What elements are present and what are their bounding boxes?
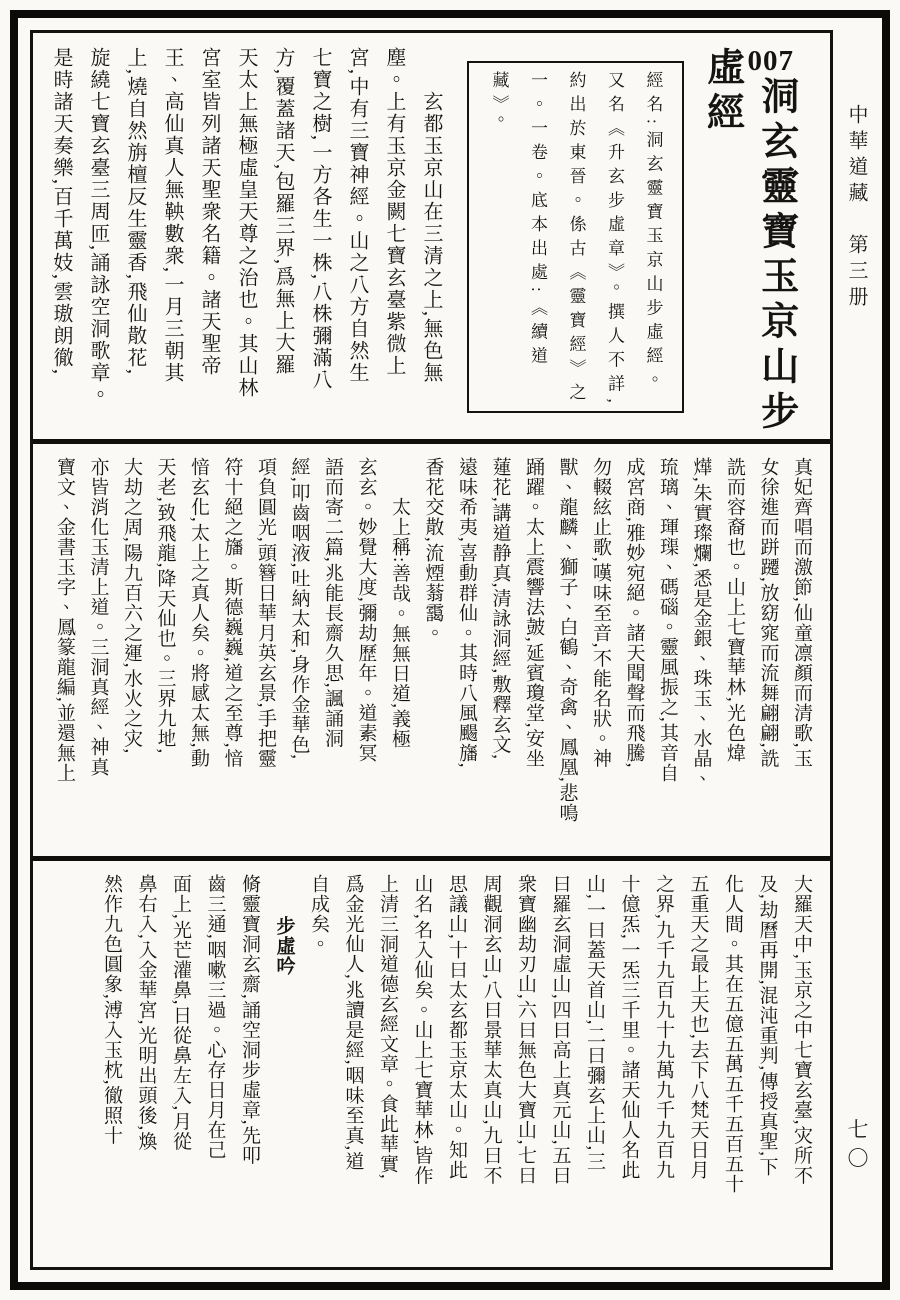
main-title-column-2: 虛經 [696, 47, 748, 427]
top-register: 007洞玄靈寶玉京山步 虛經 經名:洞玄靈寶玉京山步虛經。又名《升玄步虛章》。撰… [33, 33, 830, 439]
text-column: 太上稱:善哉。無無日道,義極 [383, 457, 417, 846]
text-column: 然作九色圓象,溥入玉枕,徹照十 [94, 874, 129, 1257]
text-column: 是時諸天奏樂,百千萬妓,雲璈朗徹, [42, 47, 79, 427]
page-number: 七〇 [842, 1118, 872, 1176]
bottom-text-columns-b: 脩靈寶洞玄齋,誦空洞步虛章,先叩齒三通,咽嗽三過。心存日月在己面上,光芒灌鼻,日… [94, 874, 267, 1257]
text-column: 蓮花,講道静真,清詠洞經,敷釋玄文, [483, 457, 517, 846]
text-column: 衆寶幽劫刃山,六曰無色大寶山,七曰 [508, 874, 543, 1257]
bottom-register: 大羅天中,玉京之中七寶玄臺,灾所不及,劫曆再開,混沌重判,傳授真聖,下化人間。其… [33, 856, 830, 1267]
text-column: 王、高仙真人無鞅數衆,一月三朝其 [153, 47, 190, 427]
middle-text-columns: 真妃齊唱而激節,仙童凛顏而清歌,玉女徐進而跰躚,放窈窕而流舞翩翩,詵詵而容裔也。… [48, 457, 819, 846]
text-column: 勿輟絃止歌,嘆味至音,不能名狀。神 [584, 457, 618, 846]
text-column: 自成矣。 [301, 874, 336, 1257]
text-column: 天老,致飛龍,降天仙也。三界九地, [148, 457, 182, 846]
scanned-book-page: 中華道藏 第三册 七〇 007洞玄靈寶玉京山步 虛經 經名:洞玄靈寶玉京山步虛經… [0, 0, 900, 1300]
text-column: 鼻右入,入金華宮,光明出頭後,煥 [128, 874, 163, 1257]
text-column: 燁,朱實璨爛,悉是金銀、珠玉、水晶、 [684, 457, 718, 846]
text-column: 思議山,十曰太玄都玉京太山。知此 [439, 874, 474, 1257]
text-column: 香花交散,流煙蓊靄。 [416, 457, 450, 846]
section-heading: 步虛吟 [266, 874, 301, 1257]
text-column: 一。一卷。底本出處:《續道 [518, 71, 557, 403]
main-title-column-1: 007洞玄靈寶玉京山步 [748, 47, 805, 427]
text-column: 爲金光仙人,兆讀是經,咽味至真,道 [335, 874, 370, 1257]
text-column: 之界,九千九百九十九萬九千九百九 [646, 874, 681, 1257]
text-column: 寶文、金書玉字、鳳篆龍編,並還無上 [48, 457, 82, 846]
text-column: 旋繞七寶玄臺三周匝,誦詠空洞歌章。 [79, 47, 116, 427]
text-column: 天太上無極虛皇天尊之治也。其山林 [227, 47, 264, 427]
text-column: 塵。上有玉京金闕七寶玄臺紫微上 [375, 47, 412, 427]
text-column: 化人間。其在五億五萬五千五百五十 [715, 874, 750, 1257]
running-title: 中華道藏 第三册 [842, 104, 871, 312]
text-column: 脩靈寶洞玄齋,誦空洞步虛章,先叩 [232, 874, 267, 1257]
text-column: 語而寄二篇,兆能長齋久思,諷誦洞 [316, 457, 350, 846]
text-column: 詵而容裔也。山上七寶華林,光色煒 [718, 457, 752, 846]
text-column: 女徐進而跰躚,放窈窕而流舞翩翩,詵 [751, 457, 785, 846]
text-column: 符十絕之旛。斯德巍巍,道之至尊,愔 [215, 457, 249, 846]
text-column: 玄都玉京山在三清之上,無色無 [412, 47, 449, 427]
text-column: 面上,光芒灌鼻,日從鼻左入,月從 [163, 874, 198, 1257]
serial-number: 007 [748, 47, 795, 76]
text-column: 宮室皆列諸天聖衆名籍。諸天聖帝 [190, 47, 227, 427]
text-column: 踊躍。太上震響法皷,延賓瓊堂,安坐 [517, 457, 551, 846]
content-box: 007洞玄靈寶玉京山步 虛經 經名:洞玄靈寶玉京山步虛經。又名《升玄步虛章》。撰… [30, 30, 833, 1270]
top-text-columns: 玄都玉京山在三清之上,無色無塵。上有玉京金闕七寶玄臺紫微上宮,中有三寶神經。山之… [42, 47, 449, 427]
colophon-box: 經名:洞玄靈寶玉京山步虛經。又名《升玄步虛章》。撰人不詳,約出於東晉。係古《靈寶… [467, 61, 684, 413]
text-column: 獸、龍麟、獅子、白鶴、奇禽、鳳凰,悲鳴 [550, 457, 584, 846]
text-column: 大劫之周,陽九百六之運,水火之灾, [115, 457, 149, 846]
text-column: 大羅天中,玉京之中七寶玄臺,灾所不 [784, 874, 819, 1257]
text-column: 藏》。 [479, 71, 518, 403]
text-column: 又名《升玄步虛章》。撰人不詳, [595, 71, 634, 403]
middle-register: 真妃齊唱而激節,仙童凛顏而清歌,玉女徐進而跰躚,放窈窕而流舞翩翩,詵詵而容裔也。… [33, 439, 830, 856]
text-column: 山名,名入仙矣。山上七寶華林,皆作 [404, 874, 439, 1257]
text-column: 五重天之最上天也,去下八梵天日月 [680, 874, 715, 1257]
text-column: 經,叩齒咽液,吐納太和,身作金華色, [282, 457, 316, 846]
bottom-text-columns-a: 大羅天中,玉京之中七寶玄臺,灾所不及,劫曆再開,混沌重判,傳授真聖,下化人間。其… [301, 874, 819, 1257]
right-margin-strip: 中華道藏 第三册 七〇 [836, 30, 878, 1270]
text-column: 周觀洞玄山,八曰景華太真山,九曰不 [473, 874, 508, 1257]
text-column: 遠味希夷,喜動群仙。其時八風颺旛, [450, 457, 484, 846]
text-column: 亦皆消化玉清上道。三洞真經、神真 [81, 457, 115, 846]
text-column: 齒三通,咽嗽三過。心存日月在己 [197, 874, 232, 1257]
text-column: 七寶之樹,一方各生一株,八株彌滿八 [301, 47, 338, 427]
text-column: 宮,中有三寶神經。山之八方自然生 [338, 47, 375, 427]
text-column: 曰羅玄洞虛山,四曰高上真元山,五曰 [542, 874, 577, 1257]
text-column: 上,燒自然旃檀反生靈香,飛仙散花, [116, 47, 153, 427]
text-column: 項負圓光,頭簪日華月英玄景,手把靈 [249, 457, 283, 846]
text-column: 上清三洞道德玄經文章。食此華實, [370, 874, 405, 1257]
text-column: 十億炁,一炁三千里。諸天仙人名此 [611, 874, 646, 1257]
text-column: 真妃齊唱而激節,仙童凛顏而清歌,玉 [785, 457, 819, 846]
text-column: 愔玄化,太上之真人矣。將感太無,動 [182, 457, 216, 846]
text-column: 經名:洞玄靈寶玉京山步虛經。 [633, 71, 672, 403]
main-title-text-2: 虛經 [701, 47, 743, 137]
main-title-text-1: 洞玄靈寶玉京山步 [755, 76, 797, 436]
title-block: 007洞玄靈寶玉京山步 虛經 [696, 47, 805, 427]
text-column: 琉璃、琿璖、碼碯。靈風振之,其音自 [651, 457, 685, 846]
text-column: 成宮商,雅妙宛絕。諸天聞聲而飛騰, [617, 457, 651, 846]
text-column: 方,覆蓋諸天,包羅三界,爲無上大羅 [264, 47, 301, 427]
text-column: 玄玄。妙覺大度,彌劫歷年。道素冥 [349, 457, 383, 846]
text-column: 山,一曰蓋天首山,二曰彌玄上山,三 [577, 874, 612, 1257]
text-column: 及,劫曆再開,混沌重判,傳授真聖,下 [749, 874, 784, 1257]
text-column: 約出於東晉。係古《靈寶經》之 [556, 71, 595, 403]
